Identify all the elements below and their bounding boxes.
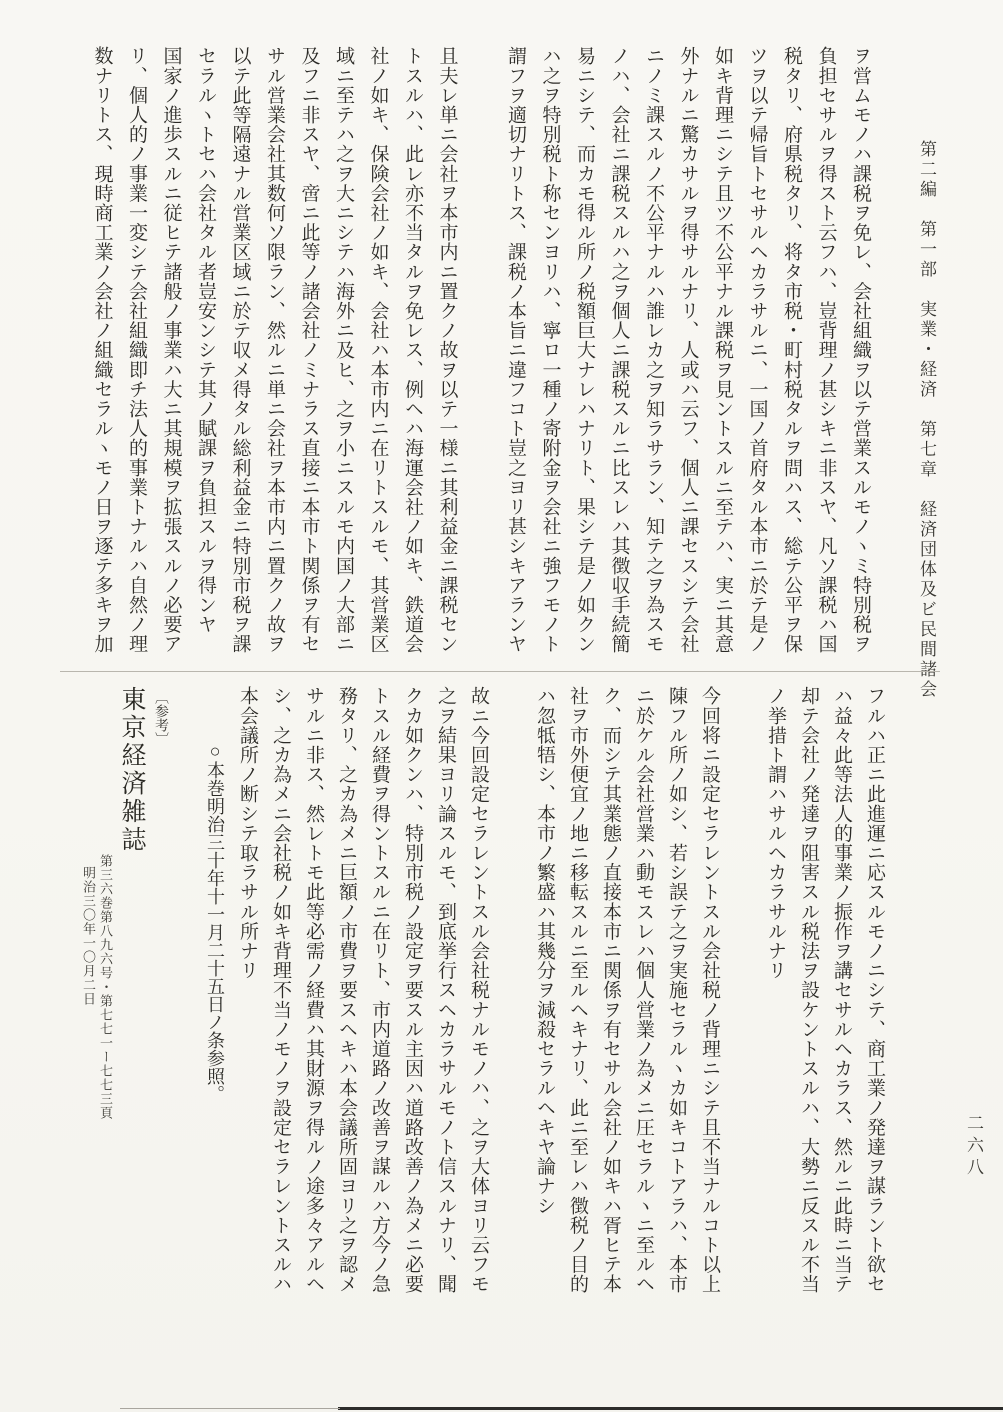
text-column: 易ニシテ、而カモ得ル所ノ税額巨大ナレハナリト、果シテ是ノ如クン: [567, 46, 602, 691]
text-column: ノ挙措ト謂ハサルヘカラサルナリ: [759, 686, 792, 1351]
paragraph-gap: [464, 46, 498, 691]
text-column: ヲ営ムモノハ課税ヲ免レ、会社組織ヲ以テ営業スルモノヽミ特別税ヲ: [843, 46, 878, 691]
chapter-header: 第二編 第一部 実業・経済 第七章 経済団体及ビ民間諸会: [914, 140, 939, 700]
text-column: ハ益々此等法人的事業ノ振作ヲ講セサルヘカラス、然ルニ此時ニ当テ: [825, 686, 858, 1351]
text-column: 却テ会社ノ発達ヲ阻害スル税法ヲ設ケントスルハ、大勢ニ反スル不当: [792, 686, 825, 1351]
paragraph-gap: [726, 686, 759, 1351]
paragraph-gap: [495, 686, 528, 1351]
reference-citation-date: 明治三〇年一〇月二日: [80, 686, 97, 1351]
editorial-note-column: ○本巻明治三十年十一月二十五日ノ条参照。: [198, 686, 231, 1351]
text-column: 社ノ如キ、保険会社ノ如キ、会社ハ本市内ニ在リトスルモ、其営業区: [360, 46, 395, 691]
reference-citation-volume: 第三六巻第八九六号・第七七一ー七七三頁: [97, 686, 114, 1351]
text-column: 故ニ今回設定セラレントスル会社税ナルモノハ、之ヲ大体ヨリ云フモ: [462, 686, 495, 1351]
text-column: トスルハ、此レ亦不当タルヲ免レス、例ヘハ海運会社ノ如キ、鉄道会: [395, 46, 430, 691]
reference-label: 〔参考〕: [148, 686, 172, 1351]
section-gap: [172, 686, 198, 1351]
text-column: 国家ノ進歩スルニ従ヒテ諸般ノ事業ハ大ニ其規模ヲ拡張スルノ必要ア: [153, 46, 188, 691]
text-column: 外ナルニ驚カサルヲ得サルナリ、人或ハ云フ、個人ニ課セスシテ会社: [670, 46, 705, 691]
text-column: サル営業会社其数何ソ限ラン、然ルニ単ニ会社ヲ本市内ニ置クノ故ヲ: [257, 46, 292, 691]
text-column: 如キ背理ニシテ且ツ不公平ナル課税ヲ見ントスルニ至テハ、実ニ其意: [705, 46, 740, 691]
text-column: 陳フル所ノ如シ、若シ誤テ之ヲ実施セラルヽカ如キコトアラハ、本市: [660, 686, 693, 1351]
lower-text-block: フルハ正ニ此進運ニ応スルモノニシテ、商工業ノ発達ヲ謀ラント欲セ ハ益々此等法人的…: [80, 686, 891, 1351]
text-column: ツヲ以テ帰旨トセサルヘカラサルニ、一国ノ首府タル本市ニ於テ是ノ: [739, 46, 774, 691]
scan-edge-artifact: [120, 1408, 340, 1409]
text-column: ニ於ケル会社営業ハ動モスレハ個人営業ノ為メニ圧セラルヽニ至ルヘ: [627, 686, 660, 1351]
text-column: ハ忽牴牾シ、本市ノ繁盛ハ其幾分ヲ減殺セラルヘキヤ論ナシ: [528, 686, 561, 1351]
text-column: ク、而シテ其業態ノ直接本市ニ関係ヲ有セサル会社ノ如キハ胥ヒテ本: [594, 686, 627, 1351]
reference-source-title: 東京経済雑誌: [114, 686, 148, 1351]
text-column: 務タリ、之カ為メニ巨額ノ市費ヲ要スヘキハ本会議所固ヨリ之ヲ認メ: [330, 686, 363, 1351]
text-column: ハ之ヲ特別税ト称センヨリハ、寧ロ一種ノ寄附金ヲ会社ニ強フモノト: [532, 46, 567, 691]
text-column: 及フニ非スヤ、啻ニ此等ノ諸会社ノミナラス直接ニ本市ト関係ヲ有セ: [291, 46, 326, 691]
text-column: フルハ正ニ此進運ニ応スルモノニシテ、商工業ノ発達ヲ謀ラント欲セ: [858, 686, 891, 1351]
text-column: 税タリ、府県税タリ、将タ市税・町村税タルヲ問ハス、総テ公平ヲ保: [774, 46, 809, 691]
text-column: クカ如クンハ、特別市税ノ設定ヲ要スル主因ハ道路改善ノ為メニ必要: [396, 686, 429, 1351]
text-column: 之ヲ結果ヨリ論スルモ、到底挙行スヘカラサルモノト信スルナリ、聞: [429, 686, 462, 1351]
text-column: サルニ非ス、然レトモ此等必需ノ経費ハ其財源ヲ得ルノ途多々アルヘ: [297, 686, 330, 1351]
text-column: ノハ、会社ニ課税スルハ之ヲ個人ニ課税スルニ比スレハ其徴収手続簡: [601, 46, 636, 691]
text-column: シ、之カ為メニ会社税ノ如キ背理不当ノモノヲ設定セラレントスルハ: [264, 686, 297, 1351]
text-column: 且夫レ単ニ会社ヲ本市内ニ置クノ故ヲ以テ一様ニ其利益金ニ課税セン: [429, 46, 464, 691]
text-column: 本会議所ノ断シテ取ラサル所ナリ: [231, 686, 264, 1351]
text-column: 域ニ至テハ之ヲ大ニシテハ海外ニ及ヒ、之ヲ小ニスルモ内国ノ大部ニ: [326, 46, 361, 691]
upper-text-block: ヲ営ムモノハ課税ヲ免レ、会社組織ヲ以テ営業スルモノヽミ特別税ヲ 負担セサルヲ得ス…: [84, 46, 877, 691]
text-column: 数ナリトス、現時商工業ノ会社ノ組織セラルヽモノ日ヲ逐テ多キヲ加: [84, 46, 119, 691]
page-fold-line: [60, 671, 940, 672]
text-column: セラルヽトセハ会社タル者豈安ンシテ其ノ賦課ヲ負担スルヲ得ンヤ: [188, 46, 223, 691]
scan-edge-artifact: [338, 1407, 1003, 1410]
text-column: 今回将ニ設定セラレントスル会社税ノ背理ニシテ且不当ナルコト以上: [693, 686, 726, 1351]
scanned-document-page: 第二編 第一部 実業・経済 第七章 経済団体及ビ民間諸会 二六八 ヲ営ムモノハ課…: [0, 0, 1003, 1412]
text-column: 謂フヲ適切ナリトス、課税ノ本旨ニ違フコト豈之ヨリ甚シキアランヤ: [498, 46, 533, 691]
page-number: 二六八: [961, 1114, 986, 1180]
text-column: 負担セサルヲ得スト云フハ、豈背理ノ甚シキニ非スヤ、凡ソ課税ハ国: [808, 46, 843, 691]
text-column: 社ヲ市外便宜ノ地ニ移転スルニ至ルヘキナリ、此ニ至レハ徴税ノ目的: [561, 686, 594, 1351]
text-column: トスル経費ヲ得ントスルニ在リト、市内道路ノ改善ヲ謀ルハ方今ノ急: [363, 686, 396, 1351]
text-column: ニノミ課スルノ不公平ナルハ誰レカ之ヲ知ラサラン、知テ之ヲ為スモ: [636, 46, 671, 691]
text-column: 以テ此等隔遠ナル営業区域ニ於テ収メ得タル総利益金ニ特別市税ヲ課: [222, 46, 257, 691]
text-column: リ、個人的ノ事業一変シテ会社組織即チ法人的事業トナルハ自然ノ理: [119, 46, 154, 691]
